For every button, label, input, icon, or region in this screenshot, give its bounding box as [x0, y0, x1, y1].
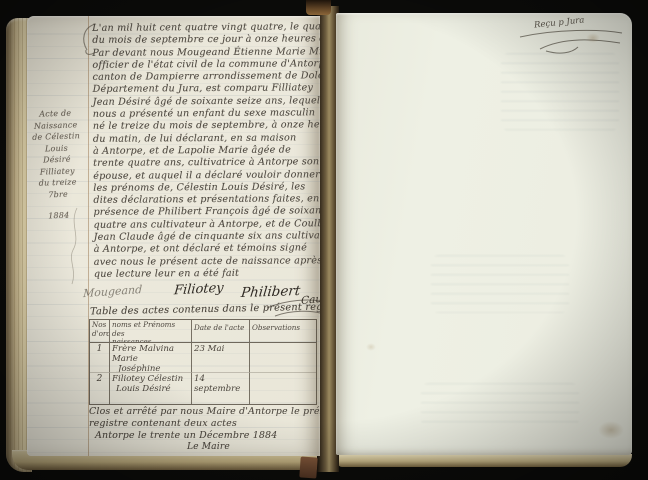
act-line: que lecture leur en a été fait [94, 267, 320, 281]
col-header-observations: Observations [250, 320, 316, 343]
table-row-name: Frère Malvina Marie Joséphine [110, 343, 192, 373]
margin-pen-squiggle [65, 206, 85, 286]
act-line: trente quatre ans, cultivatrice à Antorp… [93, 156, 320, 170]
closing-statement-line: registre contenant deux actes [89, 418, 320, 429]
act-line: né le treize du mois de septembre, à onz… [93, 120, 320, 134]
table-row-name: Filiotey Célestin Louis Désiré [110, 373, 192, 404]
book-page-stack-right-bottom-edge [338, 454, 632, 467]
margin-note-line: Acte de Naissance [27, 107, 85, 132]
ink-bleed-through [431, 255, 569, 313]
signature-declarant: Filiotey [173, 281, 224, 299]
margin-note-line: Désiré Filliatey [28, 153, 87, 178]
binding-ribbon-tab-top [306, 0, 331, 15]
table-row-observations [250, 373, 316, 404]
margin-note-line: du treize 7bre [28, 176, 87, 201]
closing-statement-line: Clos et arrêté par nous Maire d'Antorpe … [89, 406, 320, 417]
foxing-spot [598, 421, 624, 439]
table-row-number: 2 [90, 373, 110, 404]
table-row-observations [250, 343, 316, 373]
col-header-names: noms et Prénoms des naissances [110, 320, 192, 343]
act-line: avec nous le présent acte de naissance a… [94, 255, 320, 269]
register-scan-photo: Acte de Naissance de Célestin Louis Dési… [0, 0, 648, 480]
register-right-page-blank: Reçu p Jura [336, 13, 632, 455]
closing-date-line: Antorpe le trente un Décembre 1884 [95, 430, 320, 441]
foxing-spot [366, 343, 376, 351]
signature-mayor: Mougeand [83, 283, 143, 300]
table-row-number: 1 [90, 343, 110, 373]
register-left-page: Acte de Naissance de Célestin Louis Dési… [27, 16, 320, 456]
table-of-acts: Nos d'ordre noms et Prénoms des naissanc… [89, 319, 317, 405]
foxing-spot [586, 33, 600, 43]
act-line: à Antorpe, et ont déclaré et témoins sig… [94, 243, 320, 257]
binding-ribbon-tab-bottom [299, 456, 317, 478]
birth-act-text: L'an mil huit cent quatre vingt quatre, … [92, 21, 320, 281]
col-header-order-number: Nos d'ordre [90, 320, 110, 343]
col-header-act-date: Date de l'acte [192, 320, 250, 343]
ink-bleed-through [501, 53, 619, 131]
ink-bleed-through [421, 383, 579, 427]
act-line: du mois de septembre ce jour à onze heur… [92, 34, 320, 48]
table-row-date: 23 Mai [192, 343, 250, 373]
table-row-date: 14 septembre [192, 373, 250, 404]
margin-note-line: de Célestin Louis [27, 130, 86, 155]
